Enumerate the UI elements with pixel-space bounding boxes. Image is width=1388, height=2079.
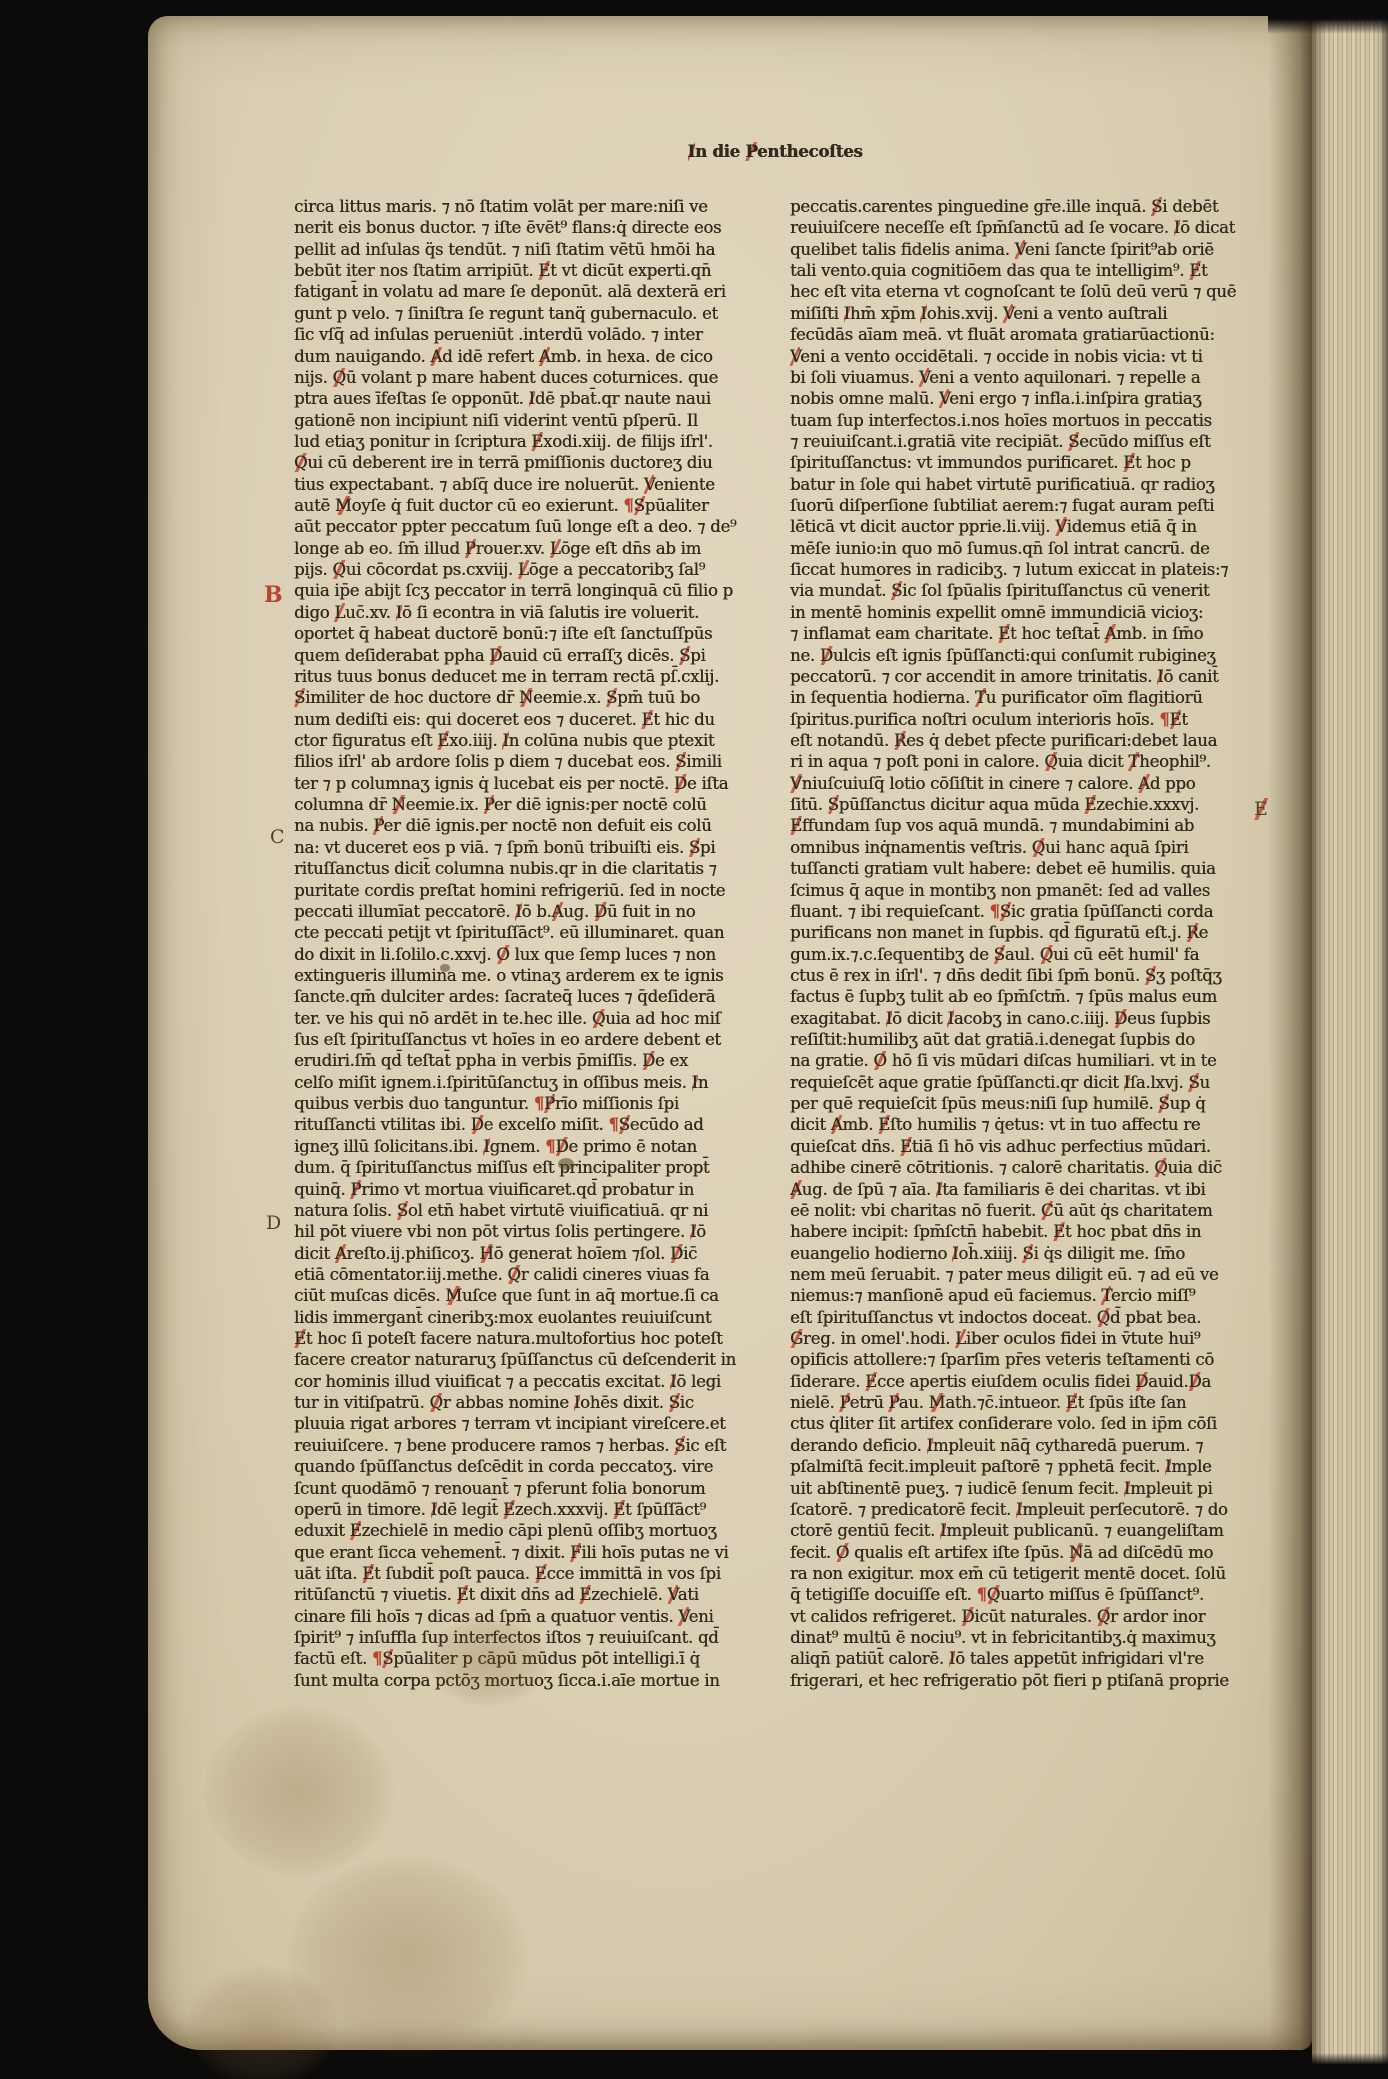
text-line: dum nauigando. Ad idē refert Amb. in hex… bbox=[294, 346, 760, 367]
text-line: tur in vitiſpatrū. Qr abbas nomine Iohēs… bbox=[294, 1392, 760, 1413]
text-line: etiā cōmentator.iij.methe. Qr calidi cin… bbox=[294, 1264, 760, 1285]
text-line: gationē non incipiunt niſi viderint vent… bbox=[294, 410, 760, 431]
text-line: cte peccati petijt vt ſpirituſſāct⁹. eū … bbox=[294, 922, 760, 943]
text-line: quibus verbis duo tanguntur. ¶Prīo miſſi… bbox=[294, 1093, 760, 1114]
text-line: Qui cū deberent ire in terrā pmiſſionis … bbox=[294, 452, 760, 473]
text-line: ri in aqua ⁊ poſt poni in calore. Quia d… bbox=[790, 751, 1256, 772]
text-line: adhibe cinerē cōtritionis. ⁊ calorē char… bbox=[790, 1157, 1256, 1178]
text-line: miſiſti Ihm̄ xp̄m Iohis.xvij. Veni a ven… bbox=[790, 303, 1256, 324]
text-line: igneʒ illū ſolicitans.ibi. Ignem. ¶De pr… bbox=[294, 1136, 760, 1157]
text-line: num dediſti eis: qui doceret eos ⁊ ducer… bbox=[294, 709, 760, 730]
text-line: facere creator naturaruʒ ſpūſſanctus cū … bbox=[294, 1349, 760, 1370]
text-line: dinat⁹ multū ē nociu⁹. vt in febricitant… bbox=[790, 1627, 1256, 1648]
text-line: quieſcat dn̄s. Etiā ſi hō vis adhuc perf… bbox=[790, 1136, 1256, 1157]
text-line: exagitabat. Iō dicit Iacobʒ in cano.c.ii… bbox=[790, 1008, 1256, 1029]
text-line: ⁊ inflamat eam charitate. Et hoc teſtat̄… bbox=[790, 623, 1256, 644]
text-line: erudiri.ſm̄ qd̄ teſtat̄ ppha in verbis p… bbox=[294, 1050, 760, 1071]
book-photo: In die Penthecoſtes circa littus maris. … bbox=[0, 0, 1388, 2079]
text-line: ſpirituſſanctus: vt immundos purificaret… bbox=[790, 452, 1256, 473]
marginal-letter-b: B bbox=[264, 582, 283, 608]
text-line: gunt p velo. ⁊ ſiniſtra ſe regunt tanq̈ … bbox=[294, 303, 760, 324]
text-line: celſo miſit ignem.i.ſpiritūſanctuʒ in oſ… bbox=[294, 1072, 760, 1093]
text-column-right: peccatis.carentes pinguedine gr̄e.ille i… bbox=[790, 196, 1256, 1691]
text-line: vt calidos refrigeret. Dicūt naturales. … bbox=[790, 1606, 1256, 1627]
marginal-letter-d: D bbox=[266, 1212, 281, 1234]
background-corner bbox=[1268, 0, 1388, 34]
text-line: lēticā vt dicit auctor pprie.li.viij. Vi… bbox=[790, 516, 1256, 537]
text-line: ctor figuratus eſt Exo.iiij. In colūna n… bbox=[294, 730, 760, 751]
page-edge-stack bbox=[1312, 0, 1388, 2079]
text-line: per quē requieſcit ſpūs meus:niſi ſup hu… bbox=[790, 1093, 1256, 1114]
text-line: ctus q̇liter ſit artifex conſiderare vol… bbox=[790, 1413, 1256, 1434]
text-line: Similiter de hoc ductore dr̄ Neemie.x. S… bbox=[294, 687, 760, 708]
text-line: Effundam ſup vos aquā mundā. ⁊ mundabimi… bbox=[790, 815, 1256, 836]
text-line: hec eſt vita eterna vt cognoſcant te ſol… bbox=[790, 281, 1256, 302]
text-line: filios iſrl' ab ardore ſolis p diem ⁊ du… bbox=[294, 751, 760, 772]
text-line: columna dr̄ Neemie.ix. Per diē ignis:per… bbox=[294, 794, 760, 815]
text-line: ſcunt quodāmō ⁊ renouant̄ ⁊ pferunt foli… bbox=[294, 1478, 760, 1499]
text-line: ter. ve his qui nō ardēt in te.hec ille.… bbox=[294, 1008, 760, 1029]
text-line: eſt notandū. Res q̇ debet pfecte purific… bbox=[790, 730, 1256, 751]
stain bbox=[204, 1706, 394, 1876]
text-block: circa littus maris. ⁊ nō ſtatim volāt pe… bbox=[294, 196, 1256, 1691]
text-line: quinq̄. Primo vt mortua viuificaret.qd̄ … bbox=[294, 1179, 760, 1200]
text-line: dum. q̄ ſpirituſſanctus miſſus eſt princ… bbox=[294, 1157, 760, 1178]
text-line: gum.ix.⁊.c.ſequentibʒ de Saul. Qui cū eē… bbox=[790, 944, 1256, 965]
text-line: lud etiaʒ ponitur in ſcriptura Exodi.xii… bbox=[294, 431, 760, 452]
text-line: ctorē gentiū fecit. Impleuit publicanū. … bbox=[790, 1520, 1256, 1541]
text-line: factū eſt. ¶Spūaliter p cāpū mūdus pōt i… bbox=[294, 1648, 760, 1669]
text-line: in mentē hominis expellit omnē immundici… bbox=[790, 602, 1256, 623]
text-line: frigerari, et hec refrigeratio pōt fieri… bbox=[790, 1670, 1256, 1691]
text-line: ritūſanctū ⁊ viuetis. Et dixit dn̄s ad E… bbox=[294, 1584, 760, 1605]
text-line: ſiderare. Ecce apertis eiuſdem oculis fi… bbox=[790, 1371, 1256, 1392]
text-line: via mundat̄. Sic ſol ſpūalis ſpirituſſan… bbox=[790, 580, 1256, 601]
text-line: ciūt muſcas dicēs. Muſce que ſunt in aq̄… bbox=[294, 1285, 760, 1306]
text-line: ſic vſq̄ ad inſulas perueniūt .interdū v… bbox=[294, 324, 760, 345]
text-line: quia ip̄e abijt ſcʒ peccator in terrā lo… bbox=[294, 580, 760, 601]
text-line: purificans non manet in ſupbis. qd̄ figu… bbox=[790, 922, 1256, 943]
text-line: quando ſpūſſanctus deſcēdit in corda pec… bbox=[294, 1456, 760, 1477]
text-line: Et hoc ſi poteſt facere natura.multofort… bbox=[294, 1328, 760, 1349]
text-line: bi ſoli viuamus. Veni a vento aquilonari… bbox=[790, 367, 1256, 388]
text-line: ſuorū diſperſione ſubtiliat aerem:⁊ fuga… bbox=[790, 495, 1256, 516]
text-line: In die Penthecoſtes bbox=[688, 141, 863, 162]
text-line: euangelio hodierno Ioh̄.xiiij. Si q̇s di… bbox=[790, 1243, 1256, 1264]
text-line: na gratie. O hō ſi vis mūdari diſcas hum… bbox=[790, 1050, 1256, 1071]
text-line: quem deſiderabat ppha Dauid cū erraſſʒ d… bbox=[294, 645, 760, 666]
text-line: cor hominis illud viuificat ⁊ a peccatis… bbox=[294, 1371, 760, 1392]
text-line: Vniuſcuiuſq̄ lotio cōſiſtit in cinere ⁊ … bbox=[790, 773, 1256, 794]
stain bbox=[188, 1966, 338, 2079]
text-line: pijs. Qui cōcordat ps.cxviij. Lōge a pec… bbox=[294, 559, 760, 580]
text-line: ſpirit⁹ ⁊ inſuffla ſup interfectos iſtos… bbox=[294, 1627, 760, 1648]
text-line: peccati illumīat peccatorē. Iō b.Aug. Dū… bbox=[294, 901, 760, 922]
text-line: lidis immergant̄ cineribʒ:mox euolantes … bbox=[294, 1307, 760, 1328]
text-line: ſus eſt ſpirituſſanctus vt hoīes in eo a… bbox=[294, 1029, 760, 1050]
text-line: ſitū. Spūſſanctus dicitur aqua mūda Ezec… bbox=[790, 794, 1256, 815]
text-line: ſcatorē. ⁊ predicatorē fecit. Impleuit p… bbox=[790, 1499, 1256, 1520]
text-line: pluuia rigat arbores ⁊ terram vt incipia… bbox=[294, 1413, 760, 1434]
text-line: ſiccat humores in radicibʒ. ⁊ lutum exic… bbox=[790, 559, 1256, 580]
text-line: reuiuiſcere neceſſe eſt ſpm̄ſanctū ad ſe… bbox=[790, 217, 1256, 238]
text-line: aūt peccator ppter peccatum ſuū longe eſ… bbox=[294, 516, 760, 537]
text-line: nobis omne malū. Veni ergo ⁊ infla.i.inſ… bbox=[790, 388, 1256, 409]
text-line: rituſſanctus dicit̄ columna nubis.qr in … bbox=[294, 858, 760, 879]
text-line: Greg. in omel'.hodi. Liber oculos fidei … bbox=[790, 1328, 1256, 1349]
text-line: do dixit in li.ſolilo.c.xxvj. O lux que … bbox=[294, 944, 760, 965]
text-line: tuſſancti gratiam vult habere: debet eē … bbox=[790, 858, 1256, 879]
text-line: na nubis. Per diē ignis.per noctē non de… bbox=[294, 815, 760, 836]
text-line: tali vento.quia cognitiōem das qua te in… bbox=[790, 260, 1256, 281]
text-line: Aug. de ſpū ⁊ aīa. Ita familiaris ē dei … bbox=[790, 1179, 1256, 1200]
text-line: ſunt multa corpa pctōʒ mortuoʒ ſicca.i.a… bbox=[294, 1670, 760, 1691]
text-line: pſalmiſtā fecit.impleuit paſtorē ⁊ pphet… bbox=[790, 1456, 1256, 1477]
text-line: requieſcēt aque gratie ſpūſſancti.qr dic… bbox=[790, 1072, 1256, 1093]
text-line: ſcimus q̄ aque in montibʒ non pmanēt: ſe… bbox=[790, 880, 1256, 901]
text-line: pellit ad inſulas q̈s tendūt. ⁊ niſi ſta… bbox=[294, 239, 760, 260]
text-line: circa littus maris. ⁊ nō ſtatim volāt pe… bbox=[294, 196, 760, 217]
text-line: mēſe iunio:in quo mō ſumus.qn̄ ſol intra… bbox=[790, 538, 1256, 559]
text-line: eſt ſpirituſſanctus vt indoctos doceat. … bbox=[790, 1307, 1256, 1328]
text-line: ctus ē rex in iſrl'. ⁊ dn̄s dedit ſibi ſ… bbox=[790, 965, 1256, 986]
text-line: ter ⁊ p columnaʒ ignis q̇ lucebat eis pe… bbox=[294, 773, 760, 794]
text-line: nerit eis bonus ductor. ⁊ iſte ēvēt⁹ fla… bbox=[294, 217, 760, 238]
text-line: autē Moyſe q̇ fuit ductor cū eo exierunt… bbox=[294, 495, 760, 516]
text-line: hil pōt viuere vbi non pōt virtus ſolis … bbox=[294, 1221, 760, 1242]
text-line: ne. Dulcis eſt ignis ſpūſſancti:qui conſ… bbox=[790, 645, 1256, 666]
text-line: oportet q̄ habeat ductorē bonū:⁊ iſte eſ… bbox=[294, 623, 760, 644]
text-line: peccatorū. ⁊ cor accendit in amore trini… bbox=[790, 666, 1256, 687]
text-line: dicit Areſto.ij.phiſicoʒ. Hō generat hoī… bbox=[294, 1243, 760, 1264]
text-line: ritus tuus bonus deducet me in terram re… bbox=[294, 666, 760, 687]
text-line: ⁊ reuiuiſcant.i.gratiā vite recipiāt. Se… bbox=[790, 431, 1256, 452]
text-line: uit abſtinentē pueʒ. ⁊ iudicē ſenum feci… bbox=[790, 1478, 1256, 1499]
text-line: rituſſancti vtilitas ibi. De excelſo miſ… bbox=[294, 1114, 760, 1135]
text-line: q̄ tetigiſſe docuiſſe eſt. ¶Quarto miſſu… bbox=[790, 1584, 1256, 1605]
stain bbox=[288, 1856, 528, 2056]
text-line: longe ab eo. ſm̄ illud Prouer.xv. Lōge e… bbox=[294, 538, 760, 559]
text-line: tuam ſup interfectos.i.nos hoīes mortuos… bbox=[790, 410, 1256, 431]
text-line: bebūt iter nos ſtatim arripiūt. Et vt di… bbox=[294, 260, 760, 281]
text-line: natura ſolis. Sol etn̄ habet virtutē viu… bbox=[294, 1200, 760, 1221]
text-line: fecūdās aīam meā. vt fluāt aromata grati… bbox=[790, 324, 1256, 345]
text-line: habere incipit: ſpm̄ſctn̄ habebit. Et ho… bbox=[790, 1221, 1256, 1242]
text-line: fatigant̄ in volatu ad mare ſe deponūt. … bbox=[294, 281, 760, 302]
text-line: nem meū ſeruabit. ⁊ pater meus diligit e… bbox=[790, 1264, 1256, 1285]
text-line: niemus:⁊ manſionē apud eū faciemus. Terc… bbox=[790, 1285, 1256, 1306]
text-line: batur in ſole qui habet virtutē purifica… bbox=[790, 474, 1256, 495]
text-line: aliqn̄ patiūt̄ calorē. Iō tales appetūt … bbox=[790, 1648, 1256, 1669]
text-line: dicit Amb. Eſto humilis ⁊ q̇etus: vt in … bbox=[790, 1114, 1256, 1135]
text-line: reuiuiſcere. ⁊ bene producere ramos ⁊ he… bbox=[294, 1435, 760, 1456]
text-line: factus ē ſupbʒ tulit ab eo ſpm̄ſctm̄. ⁊ … bbox=[790, 986, 1256, 1007]
text-line: derando deficio. Impleuit nāq̄ cytharedā… bbox=[790, 1435, 1256, 1456]
text-line: tius expectabant. ⁊ abſq̄ duce ire nolue… bbox=[294, 474, 760, 495]
text-line: in ſequentia hodierna. Tu purificator oī… bbox=[790, 687, 1256, 708]
text-line: omnibus inq̇namentis veſtris. Qui hanc a… bbox=[790, 837, 1256, 858]
text-line: ſancte.qm̄ dulciter ardes: ſacrateq̄ luc… bbox=[294, 986, 760, 1007]
text-line: Veni a vento occidētali. ⁊ occide in nob… bbox=[790, 346, 1256, 367]
text-line: cinare fili hoīs ⁊ dicas ad ſpm̄ a quatu… bbox=[294, 1606, 760, 1627]
page-heading: In die Penthecoſtes bbox=[294, 118, 1256, 167]
marginal-letter-e: E bbox=[1254, 798, 1268, 820]
text-line: fluant. ⁊ ibi requieſcant. ¶Sic gratia ſ… bbox=[790, 901, 1256, 922]
text-line: eduxit Ezechielē in medio cāpi plenū oſſ… bbox=[294, 1520, 760, 1541]
text-line: puritate cordis preſtat homini refrigeri… bbox=[294, 880, 760, 901]
book-page: In die Penthecoſtes circa littus maris. … bbox=[148, 16, 1312, 2050]
text-line: ptra aues īfeſtas ſe opponūt. Idē pbat̄.… bbox=[294, 388, 760, 409]
text-column-left: circa littus maris. ⁊ nō ſtatim volāt pe… bbox=[294, 196, 760, 1691]
text-line: operū in timore. Idē legit̄ Ezech.xxxvij… bbox=[294, 1499, 760, 1520]
text-line: opificis attollere:⁊ ſparſim pr̄es veter… bbox=[790, 1349, 1256, 1370]
text-line: fecit. O qualis eſt artifex iſte ſpūs. N… bbox=[790, 1542, 1256, 1563]
text-line: quelibet talis fidelis anima. Veni ſanct… bbox=[790, 239, 1256, 260]
text-line: nijs. Qū volant p mare habent duces cotu… bbox=[294, 367, 760, 388]
text-line: uāt iſta. Et ſubdit̄ poſt pauca. Ecce im… bbox=[294, 1563, 760, 1584]
text-line: digo Luc̄.xv. Iō ſi econtra in viā ſalut… bbox=[294, 602, 760, 623]
text-line: na: vt duceret eos p viā. ⁊ ſpm̄ bonū tr… bbox=[294, 837, 760, 858]
text-line: que erant ſicca vehement̄. ⁊ dixit. Fili… bbox=[294, 1542, 760, 1563]
text-line: ſpiritus.purifica noſtri oculum interior… bbox=[790, 709, 1256, 730]
text-line: ra non exigitur. mox em̄ cū tetigerit me… bbox=[790, 1563, 1256, 1584]
background-corner bbox=[1268, 2053, 1388, 2079]
text-line: eē nolit: vbi charitas nō fuerit. Cū aūt… bbox=[790, 1200, 1256, 1221]
text-line: reſiſtit:humilibʒ aūt dat gratiā.i.deneg… bbox=[790, 1029, 1256, 1050]
text-line: peccatis.carentes pinguedine gr̄e.ille i… bbox=[790, 196, 1256, 217]
text-line: nielē. Petrū Pau. Math.⁊c̄.intueor. Et ſ… bbox=[790, 1392, 1256, 1413]
marginal-letter-c: C bbox=[270, 826, 285, 848]
text-line: extingueris illumina me. o vtinaʒ ardere… bbox=[294, 965, 760, 986]
